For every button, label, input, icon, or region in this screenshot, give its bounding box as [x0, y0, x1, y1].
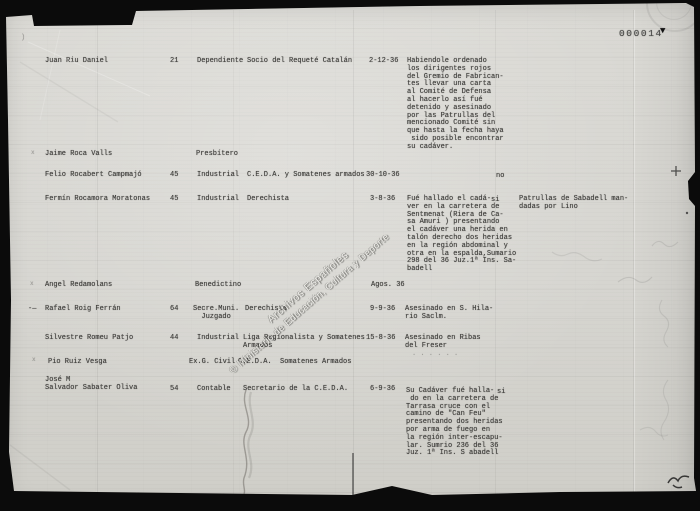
record-affiliation: Derechista: [245, 306, 287, 314]
record-flag: si: [497, 389, 505, 397]
crease-line: [97, 10, 98, 495]
record-name: José M Salvador Sabater Oliva: [45, 377, 137, 393]
record-profession: Contable: [197, 386, 231, 394]
page-number-stamp: 000014: [619, 28, 663, 39]
ink-blot-icon: ▼: [660, 27, 665, 36]
record-age: 54: [170, 386, 178, 394]
record-date: 6-9-36: [370, 386, 395, 394]
crease-dark-segment: [352, 453, 354, 495]
record-profession: Secre.Muni. Juzgado: [193, 306, 239, 322]
record-affiliation: C.E.D.A. Somatenes Armados: [238, 359, 351, 367]
record-age: 64: [170, 306, 178, 314]
scanned-document-page: 000014 ▼ ) x x x Juan Riu Daniel 21 Depe…: [0, 0, 700, 511]
record-note: Fué hallado el cadá- ver en la carretera…: [407, 196, 516, 274]
margin-tick: x: [32, 356, 36, 364]
record-date: 15-8-36: [366, 335, 395, 343]
record-age: 44: [170, 335, 178, 343]
record-name: Felio Rocabert Campmajó: [45, 172, 142, 180]
record-name: Fermín Rocamora Moratonas: [45, 196, 150, 204]
record-affiliation: Liga Regionalista y Somatenes Armados: [243, 335, 365, 351]
margin-dash: -—: [28, 306, 36, 314]
record-age: 21: [170, 58, 178, 66]
record-name: Juan Riu Daniel: [45, 58, 108, 66]
record-profession: Dependiente: [197, 58, 243, 66]
paper-sheet: 000014 ▼ ) x x x Juan Riu Daniel 21 Depe…: [0, 0, 700, 511]
scan-artifacts: [0, 0, 700, 511]
record-age: 45: [170, 196, 178, 204]
record-date: 9-9-36: [370, 306, 395, 314]
record-profession: Industrial: [197, 335, 239, 343]
record-date: 30-10-36: [366, 172, 400, 180]
record-flag: si: [491, 197, 499, 205]
record-name: Angel Redamolans: [45, 282, 112, 290]
faint-dots: . . . . . .: [412, 351, 458, 359]
record-name: Silvestre Romeu Patjo: [45, 335, 133, 343]
crease-line: [353, 10, 354, 495]
margin-tick: x: [30, 280, 34, 288]
record-note: Su Cadáver fué halla- do en la carretera…: [406, 388, 503, 458]
record-profession: Ex.G. Civil: [189, 359, 235, 367]
margin-tick: x: [31, 149, 35, 157]
record-profession: Industrial: [197, 196, 239, 204]
record-note: Asesinado en Ribas del Freser: [405, 335, 481, 351]
record-date: 2-12-36: [369, 58, 398, 66]
record-flag: no: [496, 173, 504, 181]
record-profession: Presbítero: [196, 151, 238, 159]
record-name: Rafael Roig Ferrán: [45, 306, 121, 314]
record-note-extra: Patrullas de Sabadell man- dadas por Lin…: [519, 196, 628, 212]
crease-line: [233, 10, 234, 495]
record-profession: Benedictino: [195, 282, 241, 290]
record-affiliation: Socio del Requeté Catalán: [247, 58, 352, 66]
record-name: Jaime Roca Valls: [45, 151, 112, 159]
record-affiliation: Derechista: [247, 196, 289, 204]
record-note: Habiendole ordenado los dirigentes rojos…: [407, 58, 504, 152]
record-note: Asesinado en S. Hila- rio Saclm.: [405, 306, 493, 322]
edge-shading: [633, 4, 695, 495]
stray-mark: ): [21, 35, 25, 43]
record-affiliation: Secretario de la C.E.D.A.: [243, 386, 348, 394]
record-name: Pio Ruiz Vesga: [48, 359, 107, 367]
record-age: 45: [170, 172, 178, 180]
record-affiliation: C.E.D.A. y Somatenes armados: [247, 172, 365, 180]
record-date: 3-8-36: [370, 196, 395, 204]
record-profession: Industrial: [197, 172, 239, 180]
record-date: Agos. 36: [371, 282, 405, 290]
